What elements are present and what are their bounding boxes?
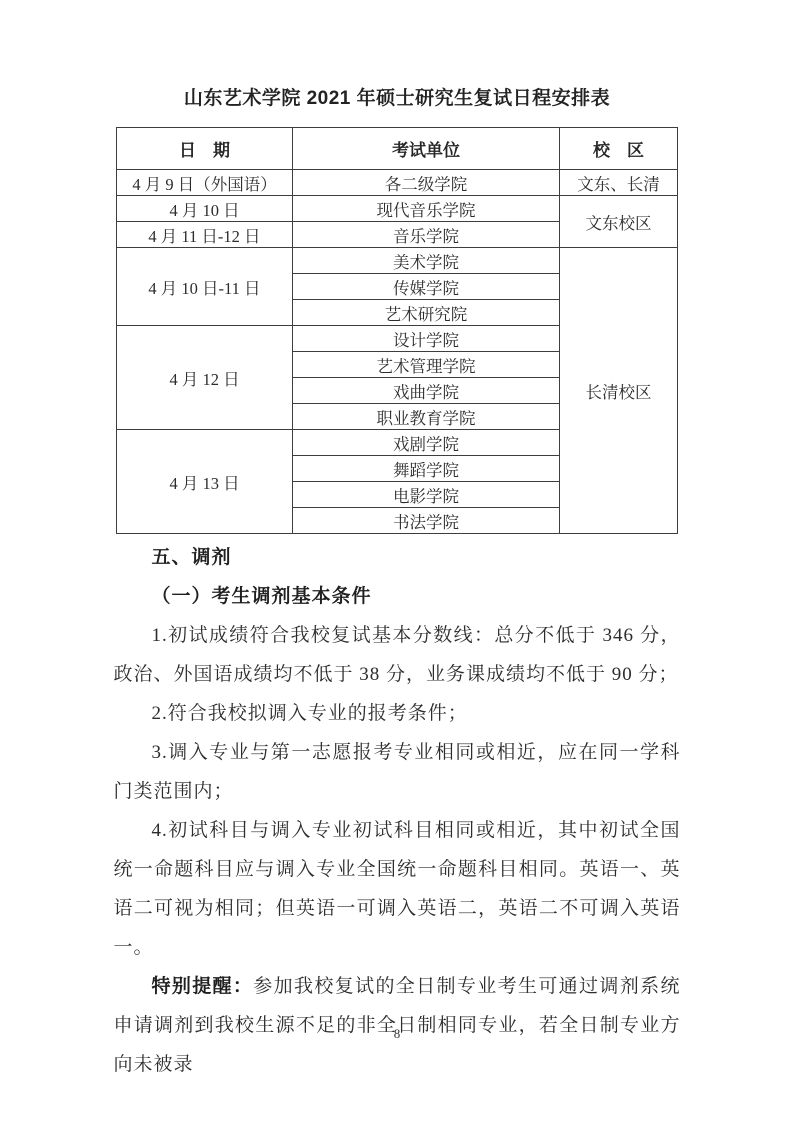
document-title: 山东艺术学院 2021 年硕士研究生复试日程安排表 bbox=[0, 87, 794, 110]
paragraph-3: 3.调入专业与第一志愿报考专业相同或相近，应在同一学科门类范围内； bbox=[114, 733, 681, 811]
unit-cell: 戏曲学院 bbox=[293, 378, 560, 404]
paragraph-2: 2.符合我校拟调入专业的报考条件； bbox=[114, 694, 681, 733]
section-heading: 五、调剂 bbox=[114, 538, 681, 577]
unit-cell: 书法学院 bbox=[293, 508, 560, 534]
unit-cell: 各二级学院 bbox=[293, 170, 560, 196]
subsection-heading: （一）考生调剂基本条件 bbox=[114, 577, 681, 616]
schedule-table: 日 期 考试单位 校 区 4 月 9 日（外国语） 各二级学院 文东、长清 4 … bbox=[116, 127, 678, 534]
body-text: 五、调剂 （一）考生调剂基本条件 1.初试成绩符合我校复试基本分数线：总分不低于… bbox=[114, 538, 681, 1084]
table-header-row: 日 期 考试单位 校 区 bbox=[117, 128, 678, 170]
unit-cell: 传媒学院 bbox=[293, 274, 560, 300]
date-cell: 4 月 13 日 bbox=[117, 430, 293, 534]
campus-cell: 长清校区 bbox=[560, 248, 678, 534]
unit-cell: 音乐学院 bbox=[293, 222, 560, 248]
document-page: 山东艺术学院 2021 年硕士研究生复试日程安排表 日 期 考试单位 校 区 4… bbox=[0, 0, 794, 1123]
campus-cell: 文东、长清 bbox=[560, 170, 678, 196]
table-row: 4 月 10 日-11 日 美术学院 长清校区 bbox=[117, 248, 678, 274]
unit-cell: 舞蹈学院 bbox=[293, 456, 560, 482]
notice-label: 特别提醒： bbox=[152, 976, 254, 997]
date-cell: 4 月 10 日 bbox=[117, 196, 293, 222]
unit-cell: 现代音乐学院 bbox=[293, 196, 560, 222]
unit-cell: 设计学院 bbox=[293, 326, 560, 352]
header-cell-unit: 考试单位 bbox=[293, 128, 560, 170]
header-cell-date: 日 期 bbox=[117, 128, 293, 170]
date-cell: 4 月 12 日 bbox=[117, 326, 293, 430]
unit-cell: 艺术管理学院 bbox=[293, 352, 560, 378]
unit-cell: 美术学院 bbox=[293, 248, 560, 274]
campus-cell: 文东校区 bbox=[560, 196, 678, 248]
date-cell: 4 月 10 日-11 日 bbox=[117, 248, 293, 326]
unit-cell: 戏剧学院 bbox=[293, 430, 560, 456]
unit-cell: 电影学院 bbox=[293, 482, 560, 508]
date-cell: 4 月 9 日（外国语） bbox=[117, 170, 293, 196]
header-cell-campus: 校 区 bbox=[560, 128, 678, 170]
date-cell: 4 月 11 日-12 日 bbox=[117, 222, 293, 248]
table-row: 4 月 9 日（外国语） 各二级学院 文东、长清 bbox=[117, 170, 678, 196]
paragraph-1: 1.初试成绩符合我校复试基本分数线：总分不低于 346 分，政治、外国语成绩均不… bbox=[114, 616, 681, 694]
table-row: 4 月 10 日 现代音乐学院 文东校区 bbox=[117, 196, 678, 222]
paragraph-4: 4.初试科目与调入专业初试科目相同或相近，其中初试全国统一命题科目应与调入专业全… bbox=[114, 811, 681, 967]
unit-cell: 职业教育学院 bbox=[293, 404, 560, 430]
page-number: 8 bbox=[0, 1026, 794, 1042]
unit-cell: 艺术研究院 bbox=[293, 300, 560, 326]
